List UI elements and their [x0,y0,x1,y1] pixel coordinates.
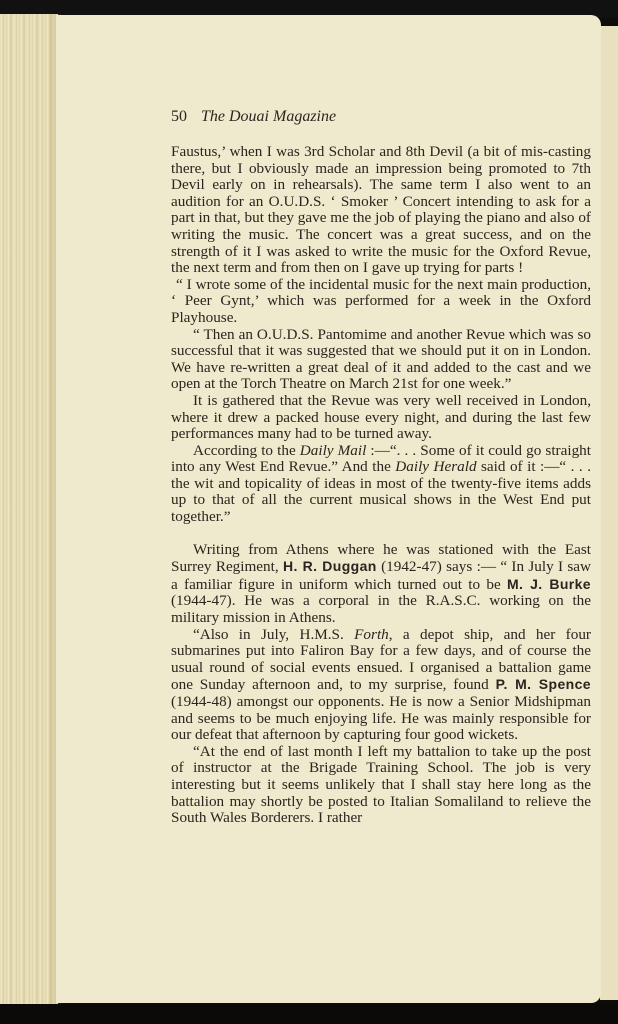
name-highlight: M. J. Burke [507,576,591,592]
paragraph: “At the end of last month I left my batt… [171,744,591,827]
paragraph: Faustus,’ when I was 3rd Scholar and 8th… [171,144,591,277]
publication-title: The Douai Magazine [201,108,336,125]
paragraph: “ I wrote some of the incidental music f… [171,277,591,327]
running-head: 50 The Douai Magazine [171,108,336,126]
paragraph: “ Then an O.U.D.S. Pantomime and another… [171,327,591,393]
paragraph: Writing from Athens where he was station… [171,542,591,627]
text-run: It is gathered that the Revue was very w… [171,392,591,442]
name-highlight: H. R. Duggan [283,558,377,574]
section-gap [171,526,591,542]
next-page-edge [600,26,618,1000]
paragraph: “Also in July, H.M.S. Forth, a depot shi… [171,627,591,744]
page-number: 50 [171,108,187,125]
text-run: Faustus,’ when I was 3rd Scholar and 8th… [171,143,591,276]
text-run: According to the [193,442,300,459]
paragraph: It is gathered that the Revue was very w… [171,393,591,443]
text-run: “Also in July, H.M.S. [193,626,354,643]
italic-text: Daily Mail [300,442,367,459]
text-run: (1944-47). He was a corporal in the R.A.… [171,592,591,626]
scan-bottom-border [0,1004,618,1024]
text-run: (1944-48) amongst our opponents. He is n… [171,693,591,743]
italic-text: Forth [354,626,389,643]
italic-text: Daily Herald [395,458,476,475]
text-run: “ I wrote some of the incidental music f… [171,276,591,326]
text-run: “ Then an O.U.D.S. Pantomime and another… [171,326,591,393]
body-text: Faustus,’ when I was 3rd Scholar and 8th… [171,144,591,827]
text-run: “At the end of last month I left my batt… [171,743,591,826]
name-highlight: P. M. Spence [496,676,591,692]
paragraph: According to the Daily Mail :—“. . . Som… [171,443,591,526]
